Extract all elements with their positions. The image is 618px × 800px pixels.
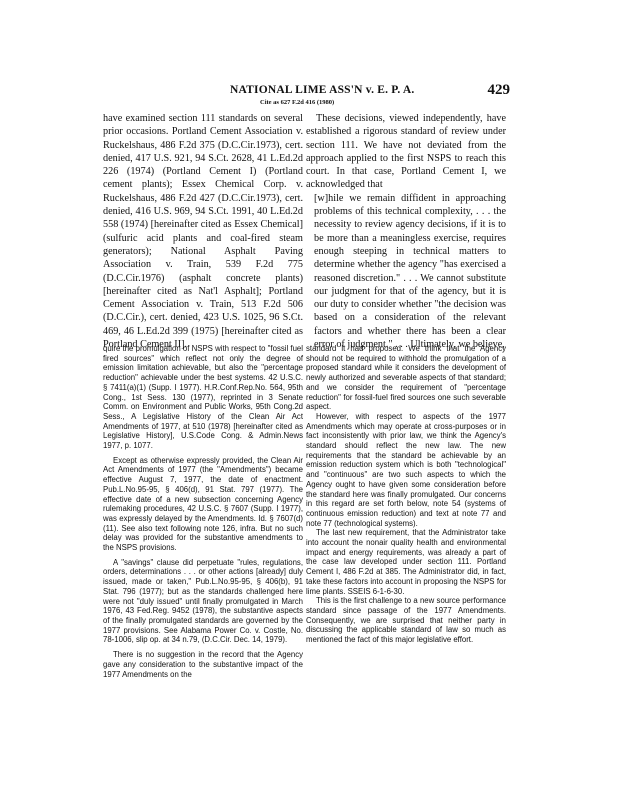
footnote-paragraph: Except as otherwise expressly provided, … — [103, 456, 303, 553]
footnote-paragraph: There is no suggestion in the record tha… — [103, 650, 303, 679]
footnote-paragraph: quire the promulgation of NSPS with resp… — [103, 344, 303, 451]
footnote-paragraph: The last new requirement, that the Admin… — [306, 528, 506, 596]
footnote-paragraph: standard it had proposed. We think that … — [306, 344, 506, 412]
footnote-paragraph: This is the first challenge to a new sou… — [306, 596, 506, 645]
footnote-paragraph: A "savings" clause did perpetuate "rules… — [103, 558, 303, 645]
page-number: 429 — [488, 82, 511, 99]
citation-line: Cite as 627 F.2d 416 (1980) — [260, 99, 334, 106]
right-column-body: These decisions, viewed independently, h… — [306, 112, 506, 351]
page-header: NATIONAL LIME ASS'N v. E. P. A. Cite as … — [100, 84, 510, 114]
block-quote: [w]hile we remain diffident in approachi… — [314, 192, 506, 352]
body-paragraph: These decisions, viewed independently, h… — [306, 112, 506, 192]
footnote-paragraph: However, with respect to aspects of the … — [306, 412, 506, 528]
running-title: NATIONAL LIME ASS'N v. E. P. A. — [230, 84, 415, 96]
footnote-left-column: quire the promulgation of NSPS with resp… — [103, 344, 303, 679]
footnote-right-column: standard it had proposed. We think that … — [306, 344, 506, 645]
left-column-body: have examined section 111 standards on s… — [103, 112, 303, 351]
body-paragraph: have examined section 111 standards on s… — [103, 112, 303, 351]
